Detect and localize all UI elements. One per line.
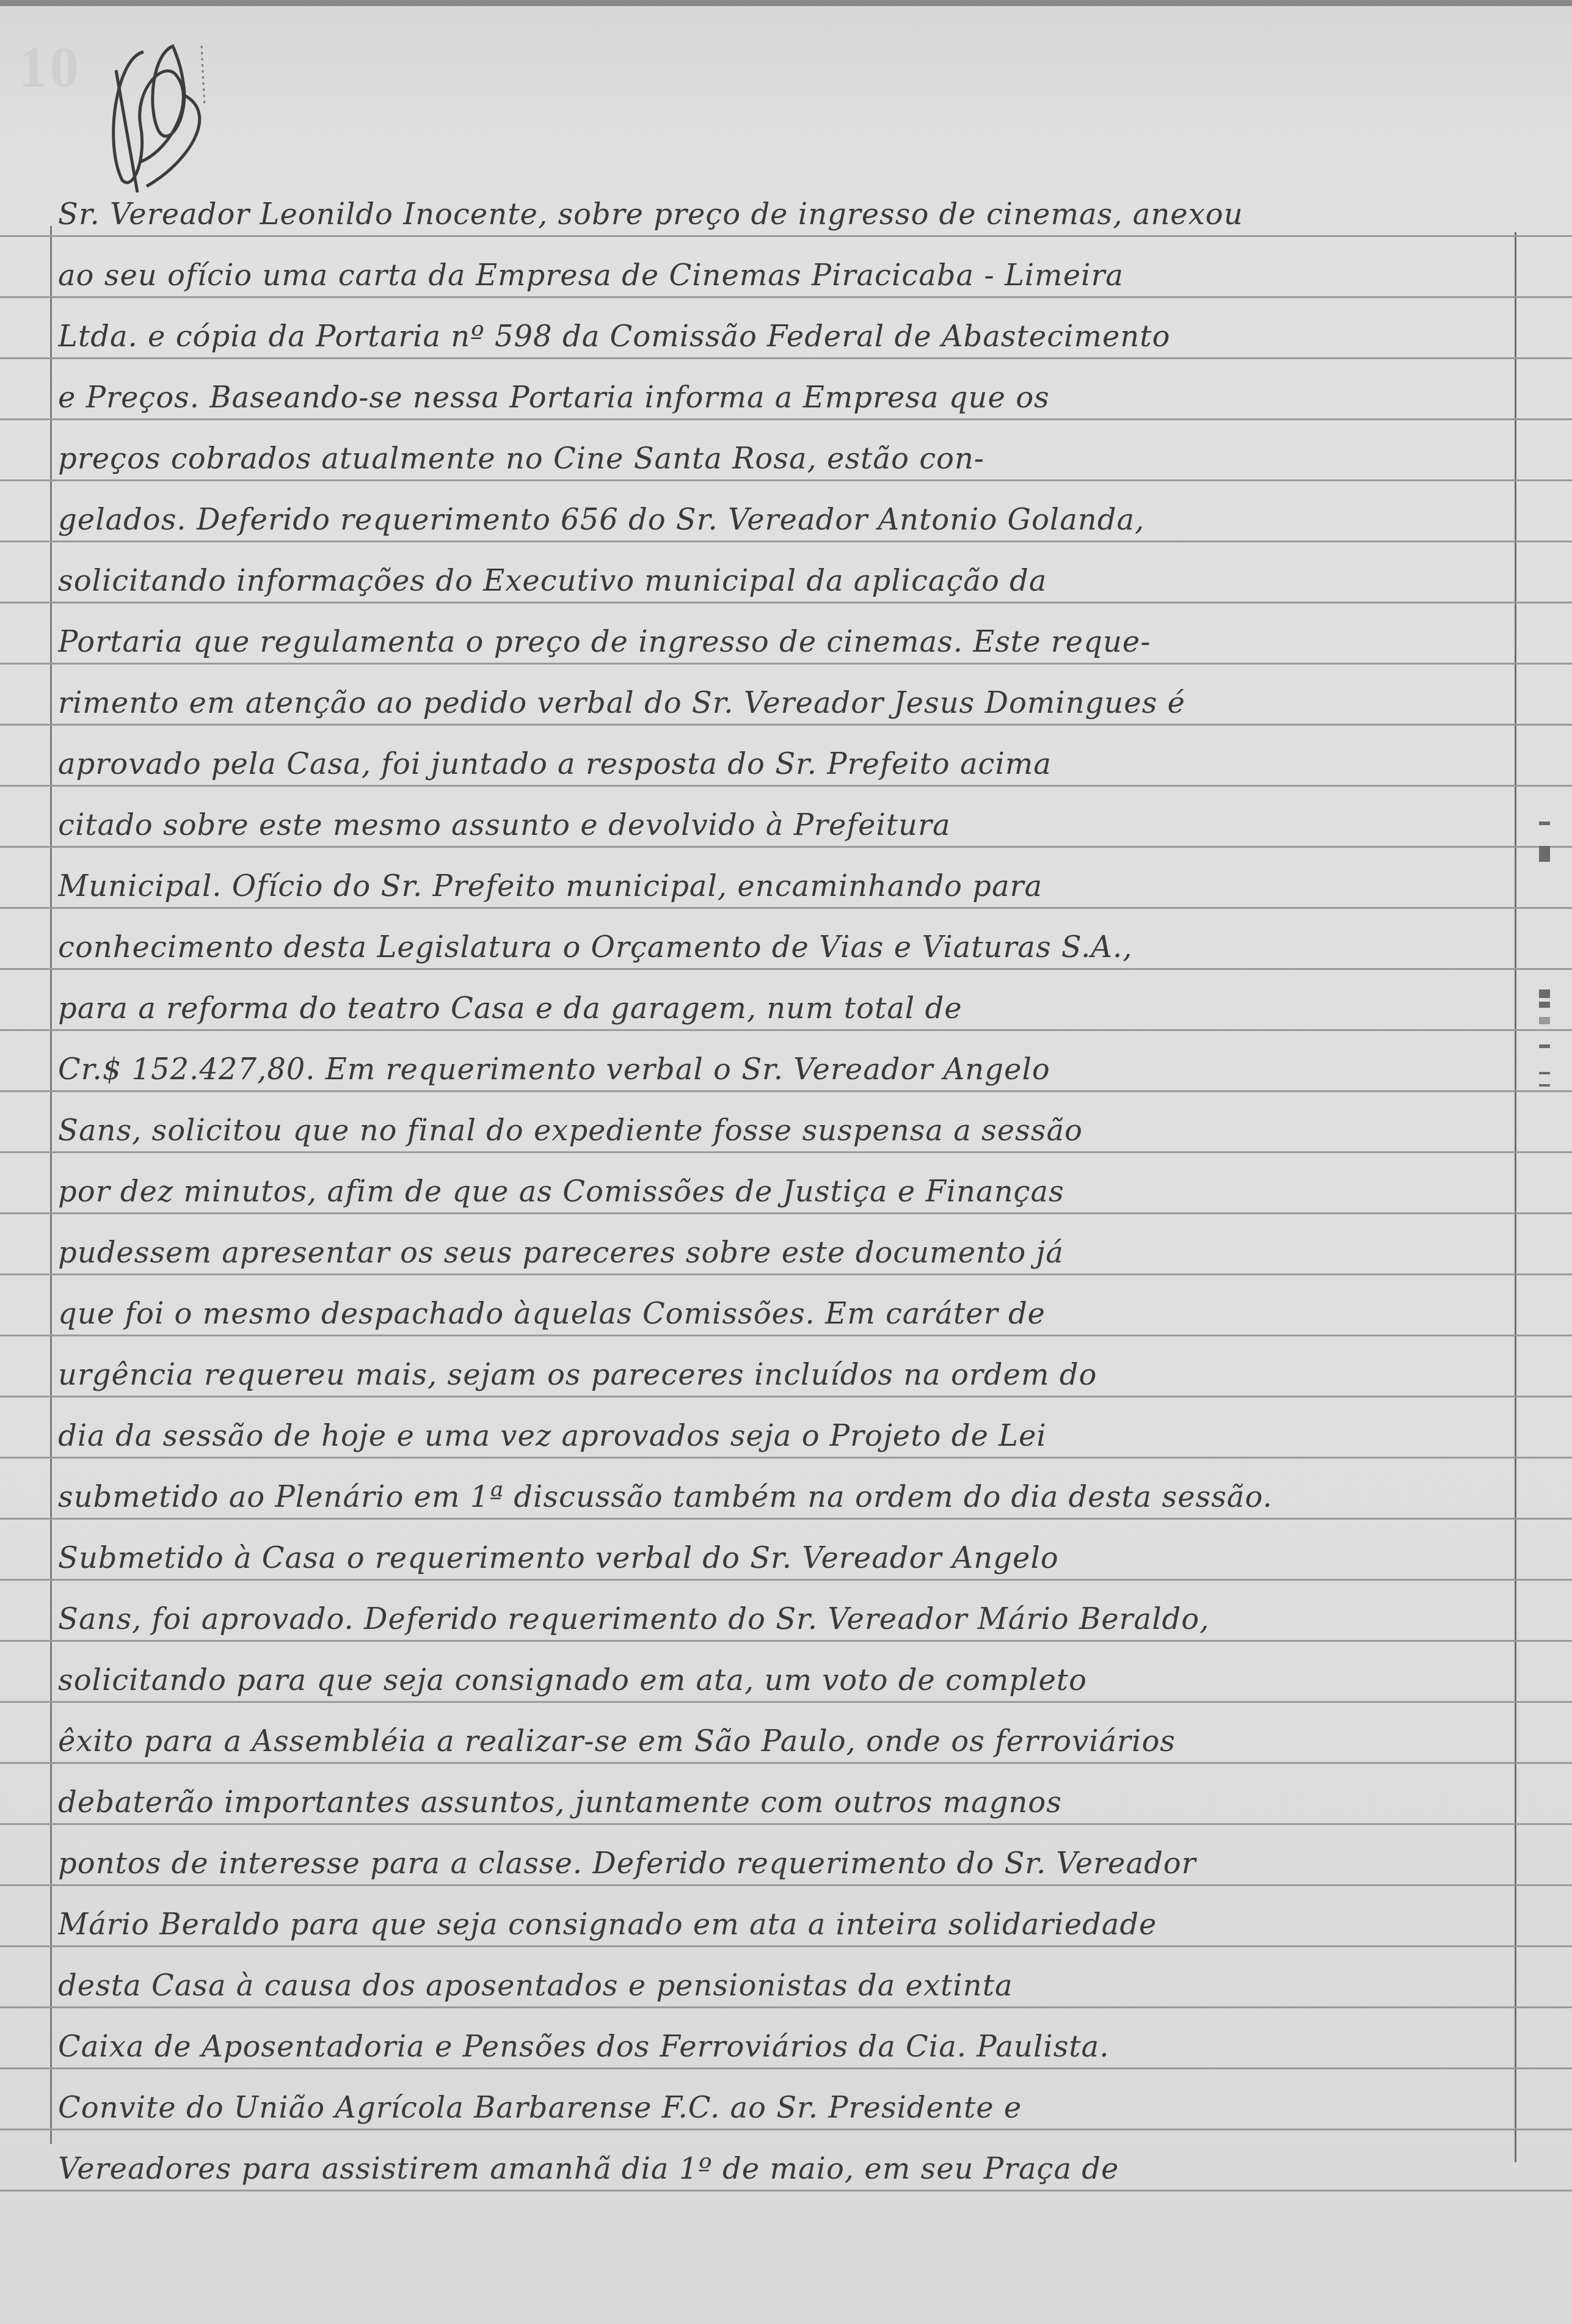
text-line: aprovado pela Casa, foi juntado a respos…: [58, 747, 1524, 781]
ruled-line: [0, 541, 1572, 542]
text-line: Sans, foi aprovado. Deferido requeriment…: [58, 1602, 1524, 1636]
ruled-line: [0, 785, 1572, 787]
text-line: dia da sessão de hoje e uma vez aprovado…: [58, 1419, 1524, 1453]
binding-mark: [1539, 821, 1550, 825]
text-line: Mário Beraldo para que seja consignado e…: [58, 1907, 1524, 1942]
text-line: que foi o mesmo despachado àquelas Comis…: [58, 1297, 1524, 1331]
ruled-line: [0, 1884, 1572, 1886]
text-line: e Preços. Baseando-se nessa Portaria inf…: [58, 381, 1524, 415]
binding-mark: [1539, 1072, 1550, 1074]
text-line: Sr. Vereador Leonildo Inocente, sobre pr…: [58, 197, 1524, 231]
ruled-line: [0, 1823, 1572, 1825]
text-line: rimento em atenção ao pedido verbal do S…: [58, 686, 1524, 720]
ruled-line: [0, 296, 1572, 298]
page-number-stamp: 10: [18, 34, 81, 101]
text-line: debaterão importantes assuntos, juntamen…: [58, 1785, 1524, 1819]
ruled-line: [0, 968, 1572, 970]
ruled-line: [0, 1151, 1572, 1153]
ruled-line: [0, 1029, 1572, 1031]
signature-initials-icon: [79, 34, 220, 199]
ruled-line: [0, 1335, 1572, 1336]
text-line: ao seu ofício uma carta da Empresa de Ci…: [58, 258, 1524, 293]
text-line: solicitando informações do Executivo mun…: [58, 564, 1524, 598]
text-line: citado sobre este mesmo assunto e devolv…: [58, 808, 1524, 842]
ruled-line: [0, 2006, 1572, 2008]
binding-mark: [1539, 1044, 1550, 1048]
ruled-line: [0, 1212, 1572, 1214]
text-line: desta Casa à causa dos aposentados e pen…: [58, 1969, 1524, 2003]
left-margin-line: [50, 226, 52, 2144]
ruled-line: [0, 1457, 1572, 1459]
ruled-line: [0, 1945, 1572, 1947]
ruled-line: [0, 235, 1572, 237]
page-top-edge: [0, 0, 1572, 6]
ruled-line: [0, 418, 1572, 420]
ruled-line: [0, 1273, 1572, 1275]
text-line: Ltda. e cópia da Portaria nº 598 da Comi…: [58, 319, 1524, 354]
text-line: Municipal. Ofício do Sr. Prefeito munici…: [58, 869, 1524, 903]
text-line: solicitando para que seja consignado em …: [58, 1663, 1524, 1697]
ruled-line: [0, 1518, 1572, 1520]
ruled-line: [0, 907, 1572, 909]
ruled-line: [0, 1640, 1572, 1642]
ruled-line: [0, 1396, 1572, 1397]
ruled-line: [0, 2067, 1572, 2069]
ruled-line: [0, 2129, 1572, 2130]
binding-mark: [1539, 989, 1550, 998]
ruled-line: [0, 357, 1572, 359]
binding-mark: [1539, 1084, 1550, 1087]
text-line: submetido ao Plenário em 1ª discussão ta…: [58, 1480, 1524, 1514]
ruled-line: [0, 1762, 1572, 1764]
text-line: gelados. Deferido requerimento 656 do Sr…: [58, 503, 1524, 537]
text-line: Cr.$ 152.427,80. Em requerimento verbal …: [58, 1052, 1524, 1087]
text-line: Caixa de Aposentadoria e Pensões dos Fer…: [58, 2030, 1524, 2064]
ruled-line: [0, 479, 1572, 481]
text-line: Submetido à Casa o requerimento verbal d…: [58, 1541, 1524, 1575]
text-line: pontos de interesse para a classe. Defer…: [58, 1846, 1524, 1881]
ruled-line: [0, 1701, 1572, 1703]
text-line: Convite do União Agrícola Barbarense F.C…: [58, 2091, 1524, 2125]
text-line: por dez minutos, afim de que as Comissõe…: [58, 1175, 1524, 1209]
binding-mark: [1539, 1017, 1550, 1024]
notebook-page: 10 Sr. Vereador Leonildo Inocente, sobre…: [0, 0, 1572, 2324]
text-line: urgência requereu mais, sejam os parecer…: [58, 1358, 1524, 1392]
text-line: pudessem apresentar os seus pareceres so…: [58, 1236, 1524, 1270]
ruled-line: [0, 724, 1572, 726]
ruled-line: [0, 2190, 1572, 2191]
text-line: conhecimento desta Legislatura o Orçamen…: [58, 930, 1524, 964]
text-line: êxito para a Assembléia a realizar-se em…: [58, 1724, 1524, 1758]
text-line: preços cobrados atualmente no Cine Santa…: [58, 442, 1524, 476]
ruled-line: [0, 663, 1572, 665]
ruled-line: [0, 602, 1572, 603]
ruled-line: [0, 1090, 1572, 1092]
text-line: Portaria que regulamenta o preço de ingr…: [58, 625, 1524, 659]
text-line: para a reforma do teatro Casa e da garag…: [58, 991, 1524, 1025]
binding-mark: [1539, 1002, 1550, 1008]
ruled-line: [0, 1579, 1572, 1581]
binding-mark: [1539, 846, 1550, 862]
text-line: Vereadores para assistirem amanhã dia 1º…: [58, 2152, 1524, 2186]
text-line: Sans, solicitou que no final do expedien…: [58, 1113, 1524, 1148]
ruled-line: [0, 846, 1572, 848]
